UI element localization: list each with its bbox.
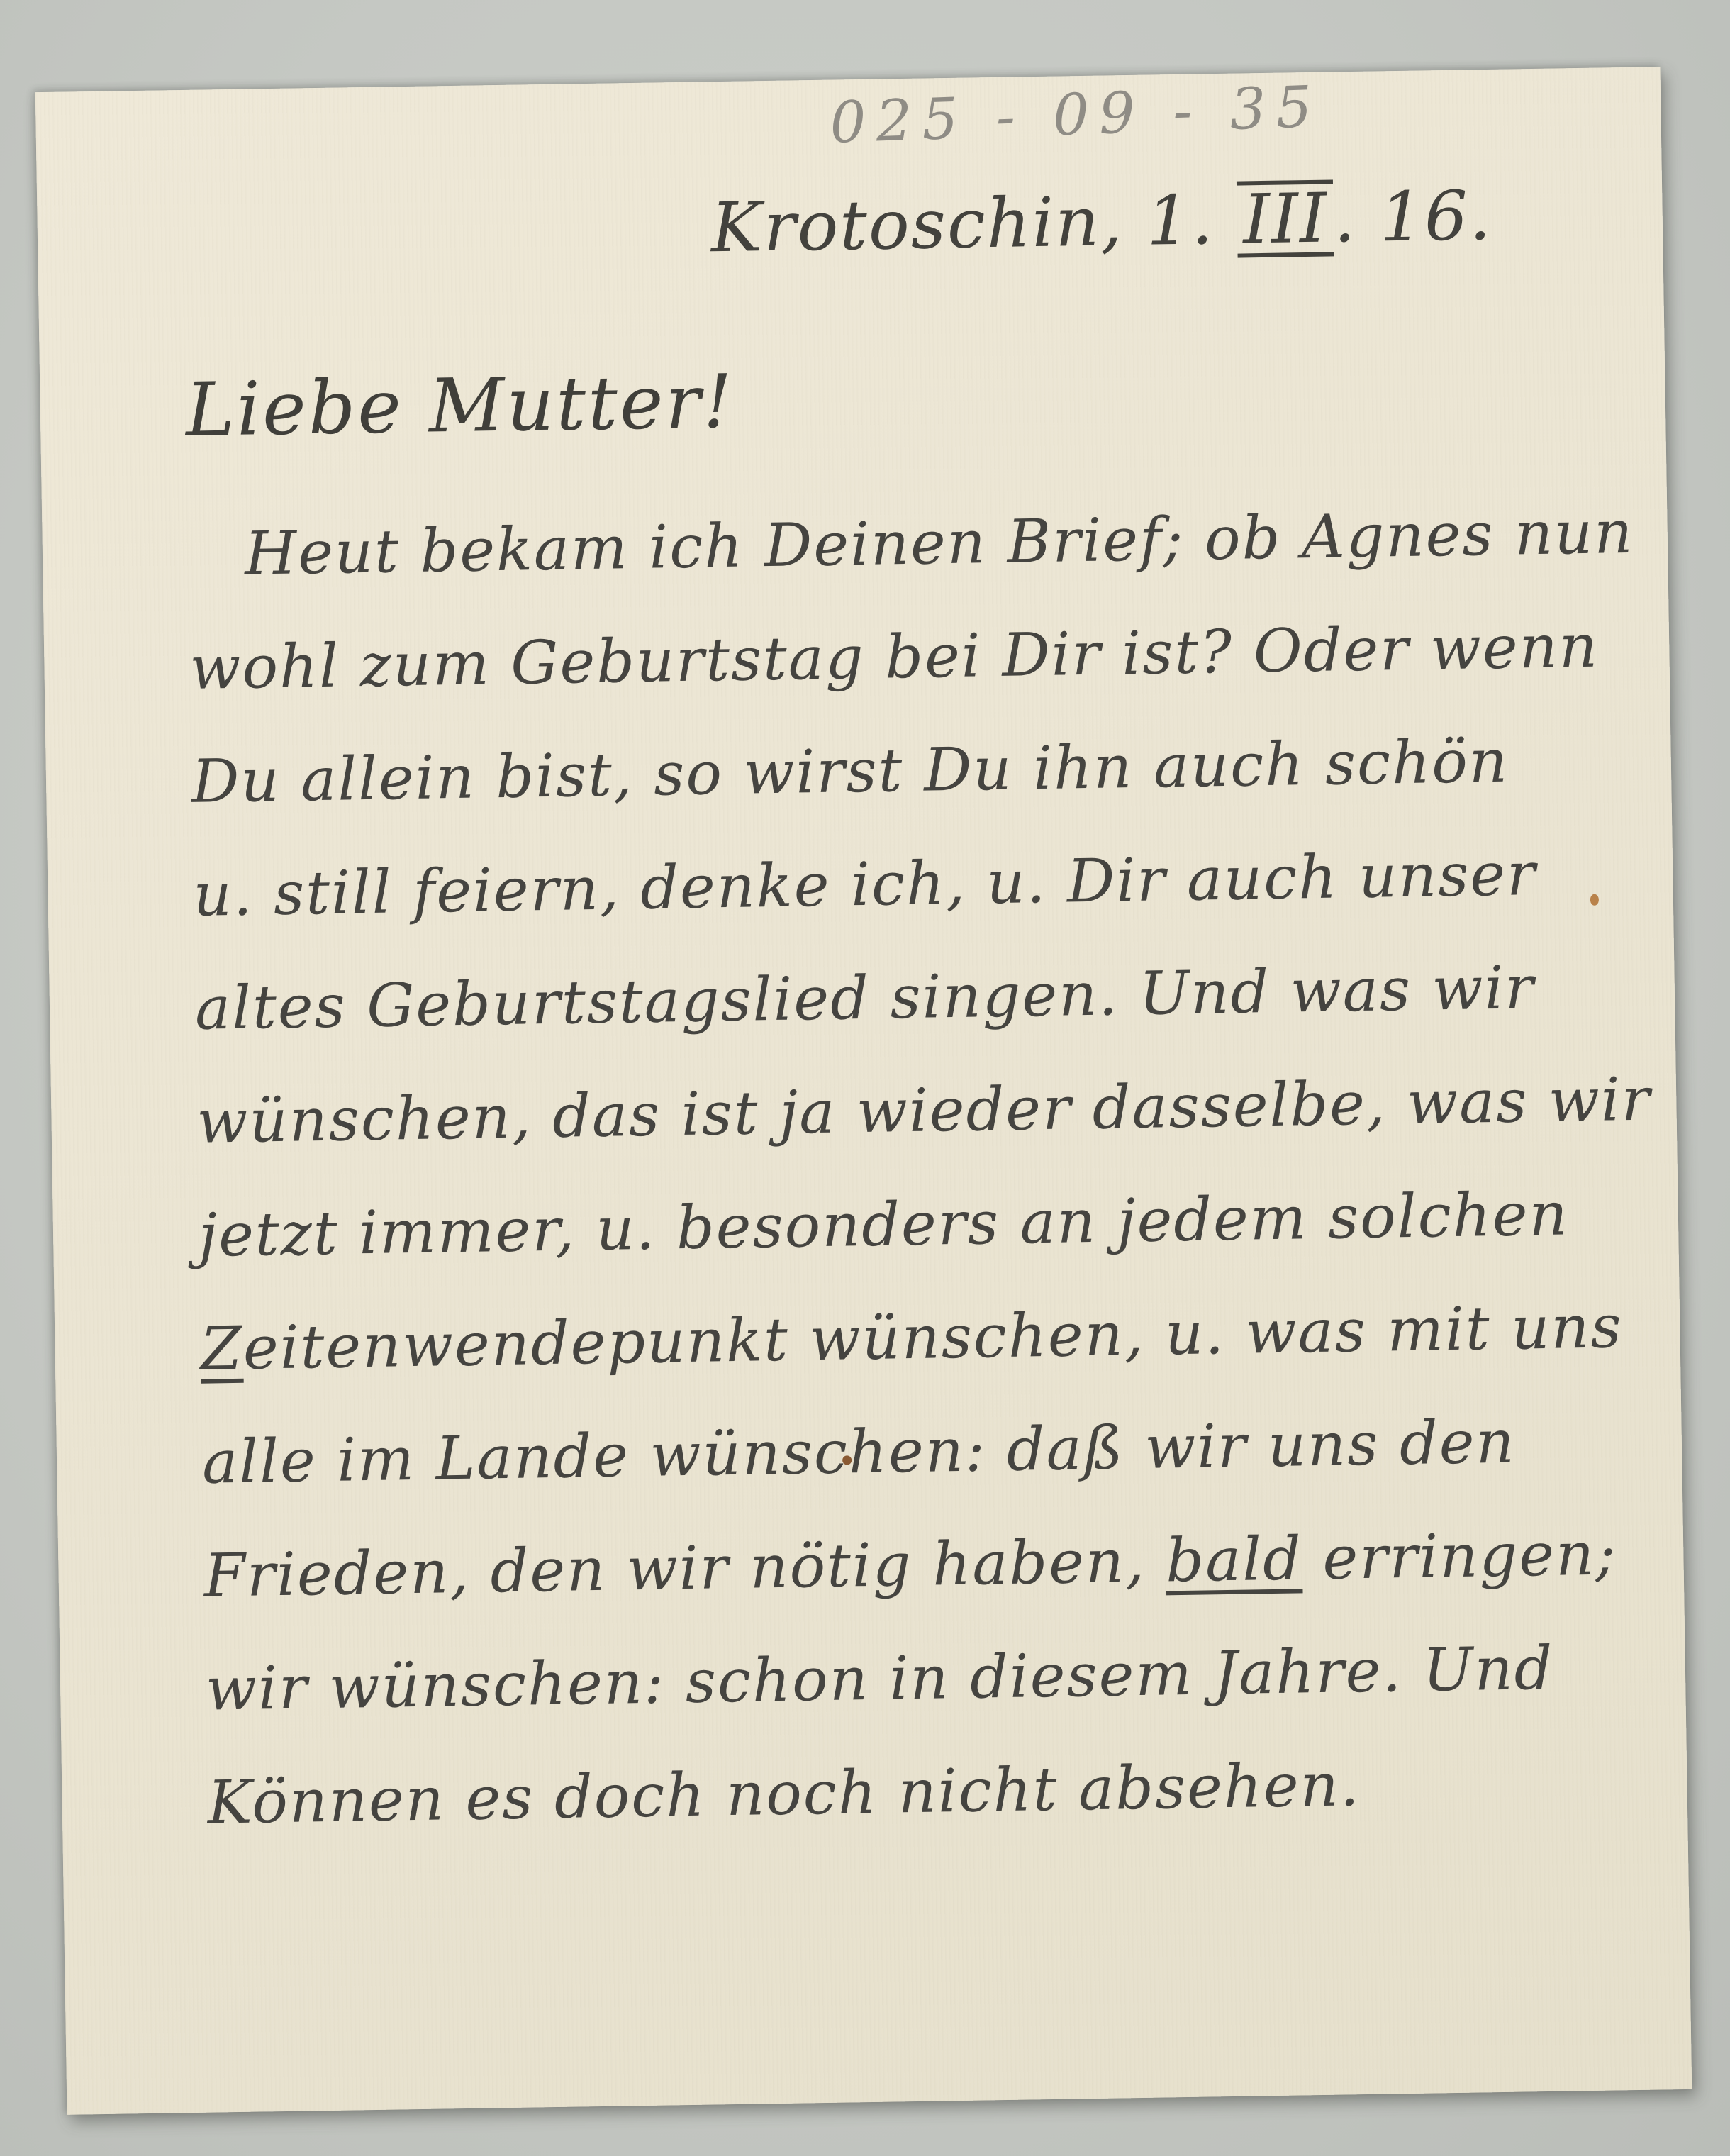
letter-body: Heut bekam ich Deinen Brief; ob Agnes nu…: [187, 475, 1655, 1860]
archival-number: 025 - 09 - 35: [829, 74, 1323, 156]
dateline-text: Krotoschin, 1.: [710, 180, 1238, 268]
letter-line: Können es doch noch nicht absehen.: [206, 1723, 1654, 1860]
line-text: wir wünschen: schon in diesem Jahre. Und: [205, 1633, 1554, 1724]
line-text: erringen;: [1302, 1518, 1617, 1593]
letter-line: Zeitenwendepunkt wünschen, u. was mit un…: [199, 1269, 1647, 1406]
letter-line: wohl zum Geburtstag bei Dir ist? Oder we…: [189, 589, 1636, 725]
line-text: alle im Lande wünschen: daß wir uns den: [201, 1407, 1516, 1497]
line-text: Heut bekam ich Deinen Brief; ob Agnes nu…: [244, 497, 1634, 589]
dateline: Krotoschin, 1. III. 16.: [710, 176, 1492, 267]
letter-line: Heut bekam ich Deinen Brief; ob Agnes nu…: [187, 475, 1635, 611]
letter-line: wir wünschen: schon in diesem Jahre. Und: [205, 1610, 1653, 1746]
scan-background: 025 - 09 - 35 Krotoschin, 1. III. 16. Li…: [0, 0, 1730, 2156]
letter-line: altes Geburtstagslied singen. Und was wi…: [194, 929, 1642, 1065]
letter-line: u. still feiern, denke ich, u. Dir auch …: [192, 816, 1640, 952]
line-text: wohl zum Geburtstag bei Dir ist? Oder we…: [189, 611, 1600, 703]
dateline-text: . 16.: [1333, 176, 1492, 257]
line-text: Du allein bist, so wirst Du ihn auch sch…: [191, 726, 1509, 816]
line-text: Können es doch noch nicht absehen.: [207, 1750, 1361, 1838]
letter-line: alle im Lande wünschen: daß wir uns den: [201, 1383, 1649, 1519]
letter-line: jetzt immer, u. besonders an jedem solch…: [198, 1156, 1646, 1292]
underlined-word: Z: [200, 1313, 244, 1384]
line-text: u. still feiern, denke ich, u. Dir auch …: [193, 839, 1537, 930]
salutation: Liebe Mutter!: [185, 358, 735, 453]
paper-speck: [1590, 894, 1599, 906]
letter-line: Du allein bist, so wirst Du ihn auch sch…: [191, 702, 1639, 838]
line-text: jetzt immer, u. besonders an jedem solch…: [198, 1179, 1569, 1269]
line-text: Frieden, den wir nötig haben,: [203, 1526, 1166, 1610]
underlined-word: bald: [1166, 1523, 1303, 1595]
dateline-month-roman: III: [1237, 179, 1334, 257]
line-text: eitenwendepunkt wünschen, u. was mit uns: [242, 1291, 1623, 1383]
letter-line: Frieden, den wir nötig haben, bald errin…: [203, 1496, 1651, 1633]
line-text: wünschen, das ist ja wieder dasselbe, wa…: [196, 1065, 1652, 1157]
letter-line: wünschen, das ist ja wieder dasselbe, wa…: [196, 1043, 1643, 1179]
letter-paper: 025 - 09 - 35 Krotoschin, 1. III. 16. Li…: [35, 67, 1692, 2115]
line-text: altes Geburtstagslied singen. Und was wi…: [194, 952, 1535, 1043]
